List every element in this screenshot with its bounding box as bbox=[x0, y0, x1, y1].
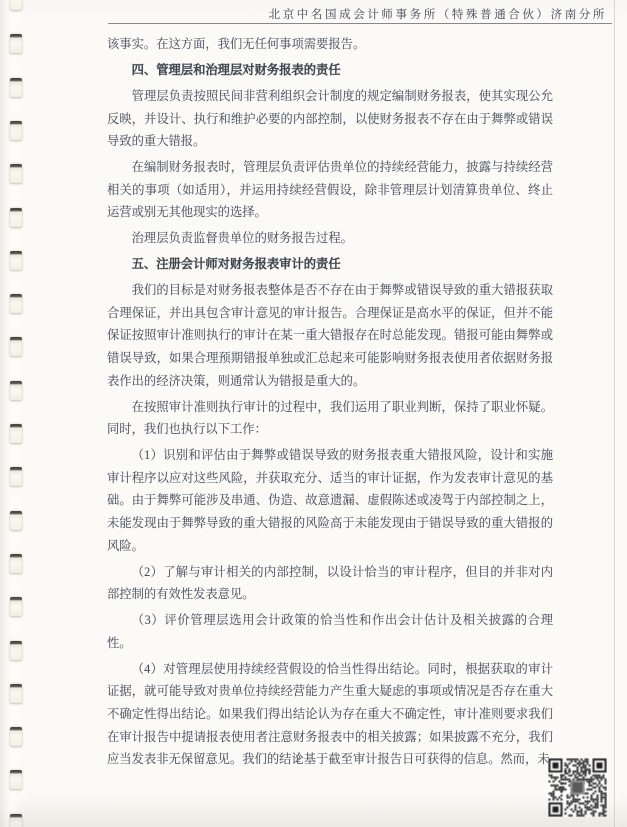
binder-hole bbox=[10, 424, 22, 444]
binder-hole bbox=[10, 164, 22, 184]
paragraph: 我们的目标是对财务报表整体是否不存在由于舞弊或错误导致的重大错报获取合理保证，并… bbox=[107, 279, 553, 392]
paragraph: （1）识别和评估由于舞弊或错误导致的财务报表重大错报风险，设计和实施审计程序以应… bbox=[107, 444, 553, 557]
document-body: 该事实。在这方面，我们无任何事项需要报告。四、管理层和治理层对财务报表的责任管理… bbox=[107, 33, 553, 771]
paragraph: 该事实。在这方面，我们无任何事项需要报告。 bbox=[107, 33, 553, 56]
section-heading: 四、管理层和治理层对财务报表的责任 bbox=[107, 59, 553, 82]
binder-hole bbox=[10, 770, 22, 790]
binder-hole bbox=[10, 294, 22, 314]
binder-hole bbox=[10, 684, 22, 704]
binder-hole bbox=[10, 34, 22, 54]
paragraph: 在编制财务报表时，管理层负责评估贵单位的持续经营能力，披露与持续经营相关的事项（… bbox=[107, 156, 553, 224]
binder-hole bbox=[10, 337, 22, 357]
paragraph: （4）对管理层使用持续经营假设的恰当性得出结论。同时，根据获取的审计证据，就可能… bbox=[107, 658, 553, 771]
binder-hole bbox=[10, 208, 22, 228]
binder-hole bbox=[10, 554, 22, 574]
binder-strip bbox=[0, 0, 27, 827]
paragraph: （2）了解与审计相关的内部控制，以设计恰当的审计程序，但目的并非对内部控制的有效… bbox=[107, 561, 553, 606]
scanned-audit-report-page: 北京中名国成会计师事务所（特殊普通合伙）济南分所 该事实。在这方面，我们无任何事… bbox=[0, 0, 627, 827]
header-rule bbox=[108, 23, 612, 25]
paragraph: 治理层负责监督贵单位的财务报告过程。 bbox=[107, 227, 553, 250]
binder-hole bbox=[10, 121, 22, 141]
binder-hole bbox=[10, 641, 22, 661]
binder-hole bbox=[10, 727, 22, 747]
page-number: 2 bbox=[290, 754, 306, 765]
binder-hole bbox=[10, 511, 22, 531]
binder-hole bbox=[10, 78, 22, 98]
binder-hole bbox=[10, 0, 22, 11]
binder-hole bbox=[10, 467, 22, 487]
page-edge-shadow bbox=[614, 0, 615, 827]
paragraph: 在按照审计准则执行审计的过程中，我们运用了职业判断，保持了职业怀疑。同时，我们也… bbox=[107, 396, 553, 441]
binder-hole bbox=[10, 251, 22, 271]
binder-hole bbox=[10, 597, 22, 617]
section-heading: 五、注册会计师对财务报表审计的责任 bbox=[107, 253, 553, 276]
page-header-firm-name: 北京中名国成会计师事务所（特殊普通合伙）济南分所 bbox=[269, 6, 607, 22]
paragraph: （3）评价管理层选用会计政策的恰当性和作出会计估计及相关披露的合理性。 bbox=[107, 609, 553, 654]
binder-hole bbox=[10, 381, 22, 401]
bottom-scan-shadow bbox=[0, 799, 627, 827]
paragraph: 管理层负责按照民间非营利组织会计制度的规定编制财务报表，使其实现公允反映，并设计… bbox=[107, 85, 553, 153]
